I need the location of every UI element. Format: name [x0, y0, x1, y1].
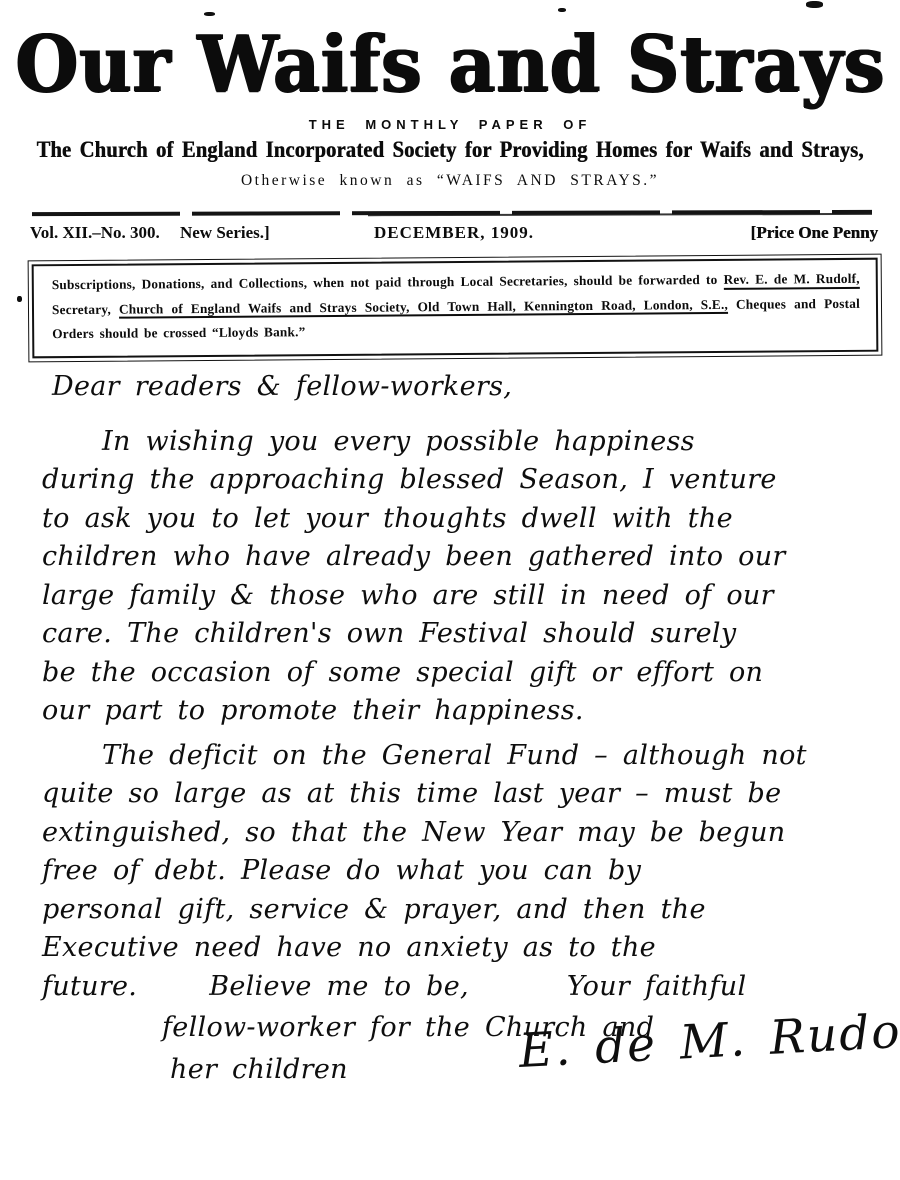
letter-line: care. The children's own Festival should… [42, 615, 876, 654]
letter-line: quite so large as at this time last year… [42, 775, 876, 814]
issue-bar: Vol. XII.–No. 300. New Series.] DECEMBER… [30, 223, 878, 243]
letter-line: be the occasion of some special gift or … [42, 654, 876, 693]
subscription-notice-text: Subscriptions, Donations, and Collection… [32, 258, 879, 358]
closing-pre: future. [42, 968, 137, 1007]
scanned-newsletter-page: Our Waifs and Strays THE MONTHLY PAPER O… [0, 0, 900, 1180]
letter-line: personal gift, service & prayer, and the… [42, 891, 876, 930]
issue-date: DECEMBER, 1909. [374, 223, 534, 243]
letter-line: free of debt. Please do what you can by [42, 852, 876, 891]
letter-line: extinguished, so that the New Year may b… [42, 814, 876, 853]
handwritten-letter: Dear readers & fellow-workers, In wishin… [42, 368, 876, 1161]
closing-row: future. Believe me to be, Your faithful [42, 968, 876, 1007]
masthead-title: Our Waifs and Strays [0, 10, 900, 118]
letter-line: during the approaching blessed Season, I… [42, 461, 876, 500]
letter-line: to ask you to let your thoughts dwell wi… [42, 500, 876, 539]
volume-series: Vol. XII.–No. 300. New Series.] [30, 223, 374, 243]
letter-salutation: Dear readers & fellow-workers, [42, 368, 876, 407]
letter-line: Executive need have no anxiety as to the [42, 929, 876, 968]
notice-segment: Subscriptions, Donations, and Collection… [52, 272, 724, 292]
masthead-tagline: THE MONTHLY PAPER OF [0, 117, 900, 132]
letter-line: children who have already been gathered … [42, 538, 876, 577]
series-label: New Series.] [180, 223, 270, 242]
closing-line: her children [42, 1054, 348, 1085]
horizontal-rule-segment [368, 213, 872, 216]
price-label: [Price One Penny [751, 223, 878, 243]
society-name-line: The Church of England Incorporated Socie… [0, 138, 900, 164]
closing-row-3: her children E. de M. Rudolf [42, 1051, 876, 1161]
aka-line: Otherwise known as “WAIFS AND STRAYS.” [0, 172, 900, 190]
valediction-2: Your faithful [567, 968, 747, 1007]
volume-label: Vol. XII.–No. 300. [30, 223, 160, 242]
notice-segment-underlined: Church of England Waifs and Strays Socie… [119, 296, 728, 318]
notice-segment-underlined: Rev. E. de M. Rudolf, [724, 271, 860, 290]
scan-speck [204, 12, 215, 16]
horizontal-rule [32, 210, 872, 216]
valediction: Believe me to be, [209, 968, 469, 1007]
letter-line: large family & those who are still in ne… [42, 577, 876, 616]
notice-segment: Secretary, [52, 301, 119, 317]
letter-line: The deficit on the General Fund – althou… [42, 737, 876, 776]
scan-speck [806, 1, 823, 8]
subscription-notice-box: Subscriptions, Donations, and Collection… [28, 254, 883, 362]
scan-speck [17, 296, 22, 302]
scan-speck [558, 8, 566, 12]
letter-line: our part to promote their happiness. [42, 692, 876, 731]
letter-line: In wishing you every possible happiness [42, 423, 876, 462]
